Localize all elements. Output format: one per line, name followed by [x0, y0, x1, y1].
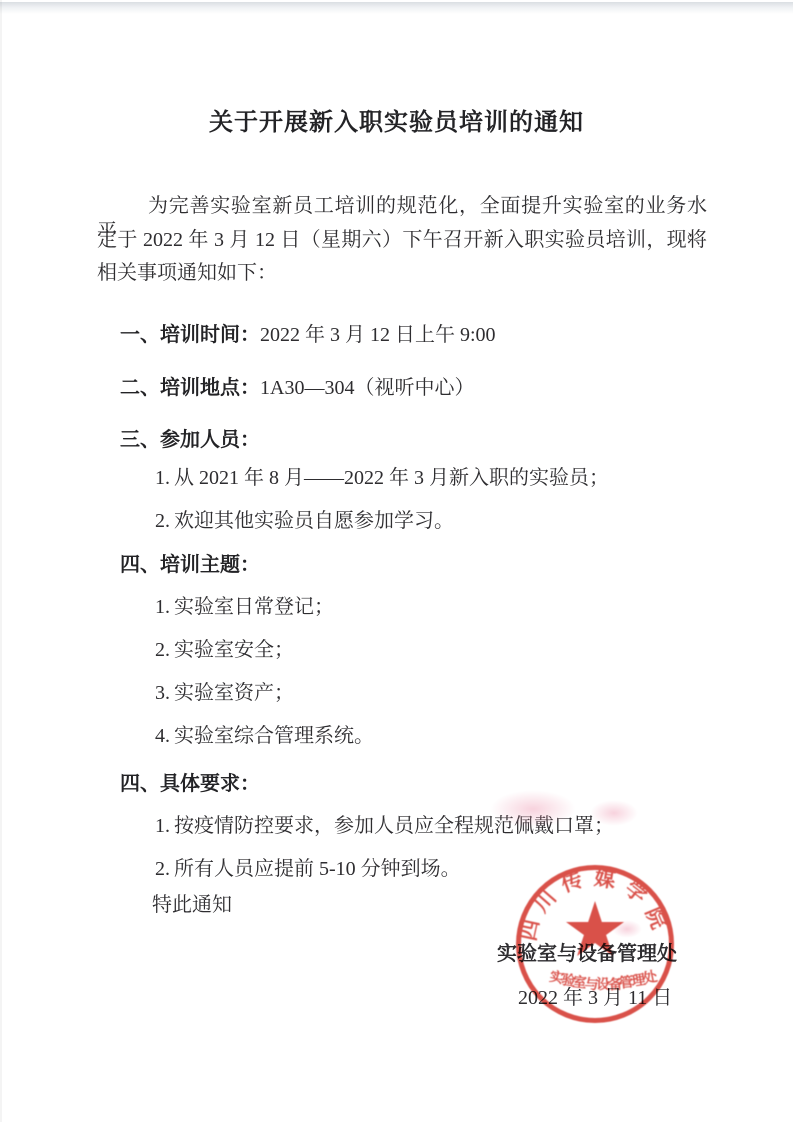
- section-training-location: 二、培训地点：1A30—304（视听中心）: [120, 375, 474, 401]
- seal-ring-char: 媒: [591, 864, 619, 893]
- list-item: 1.从 2021 年 8 月——2022 年 3 月新入职的实验员；: [155, 465, 609, 491]
- section-training-time: 一、培训时间：2022 年 3 月 12 日上午 9:00: [120, 322, 496, 348]
- scan-artifact-left-edge: [0, 0, 2, 1122]
- signature-date: 2022 年 3 月 11 日: [518, 985, 672, 1011]
- section-participants: 三、参加人员：: [120, 427, 260, 453]
- section-value: 2022 年 3 月 12 日上午 9:00: [260, 324, 496, 346]
- item-text: 实验室日常登记；: [174, 596, 334, 618]
- list-item: 2.欢迎其他实验员自愿参加学习。: [155, 508, 454, 534]
- item-number: 2.: [155, 508, 174, 534]
- item-number: 1.: [155, 594, 174, 620]
- section-heading: 三、参加人员：: [120, 429, 260, 451]
- closing-phrase: 特此通知: [152, 892, 232, 918]
- section-heading: 四、培训主题：: [120, 554, 260, 576]
- item-number: 2.: [155, 856, 174, 882]
- item-text: 从 2021 年 8 月——2022 年 3 月新入职的实验员；: [174, 467, 609, 489]
- scan-artifact-pink-smudge: [612, 920, 642, 938]
- section-value: 1A30—304（视听中心）: [260, 377, 474, 399]
- seal-ring-char: 学: [618, 874, 653, 909]
- item-number: 1.: [155, 465, 174, 491]
- item-number: 3.: [155, 680, 174, 706]
- item-text: 实验室资产；: [174, 682, 294, 704]
- notice-title: 关于开展新入职实验员培训的通知: [0, 102, 793, 137]
- scan-artifact-pink-smudge: [590, 800, 638, 826]
- item-text: 所有人员应提前 5-10 分钟到场。: [174, 858, 461, 880]
- item-number: 4.: [155, 723, 174, 749]
- section-heading: 一、培训时间：: [120, 324, 260, 346]
- scan-artifact-top-band: [0, 2, 793, 14]
- scan-artifact-pink-smudge: [490, 790, 576, 828]
- list-item: 1.实验室日常登记；: [155, 594, 334, 620]
- section-heading: 二、培训地点：: [120, 377, 260, 399]
- list-item: 2.实验室安全；: [155, 637, 294, 663]
- section-training-topics: 四、培训主题：: [120, 552, 260, 578]
- intro-line-2: 定于 2022 年 3 月 12 日（星期六）下午召开新入职实验员培训，现将: [97, 227, 707, 253]
- intro-line-3: 相关事项通知如下：: [97, 260, 277, 286]
- item-number: 1.: [155, 813, 174, 839]
- list-item: 3.实验室资产；: [155, 680, 294, 706]
- list-item: 4.实验室综合管理系统。: [155, 723, 374, 749]
- item-text: 实验室安全；: [174, 639, 294, 661]
- item-text: 实验室综合管理系统。: [174, 725, 374, 747]
- notice-page: 关于开展新入职实验员培训的通知 为完善实验室新员工培训的规范化，全面提升实验室的…: [0, 0, 793, 1122]
- item-number: 2.: [155, 637, 174, 663]
- seal-ring-char: 川: [528, 883, 563, 918]
- section-heading: 四、具体要求：: [120, 773, 260, 795]
- seal-ring-char: 院: [639, 902, 672, 934]
- item-text: 欢迎其他实验员自愿参加学习。: [174, 510, 454, 532]
- list-item: 2.所有人员应提前 5-10 分钟到场。: [155, 856, 461, 882]
- section-specific-requirements: 四、具体要求：: [120, 771, 260, 797]
- signature-department: 实验室与设备管理处: [497, 941, 677, 967]
- seal-ring-char: 传: [557, 866, 588, 899]
